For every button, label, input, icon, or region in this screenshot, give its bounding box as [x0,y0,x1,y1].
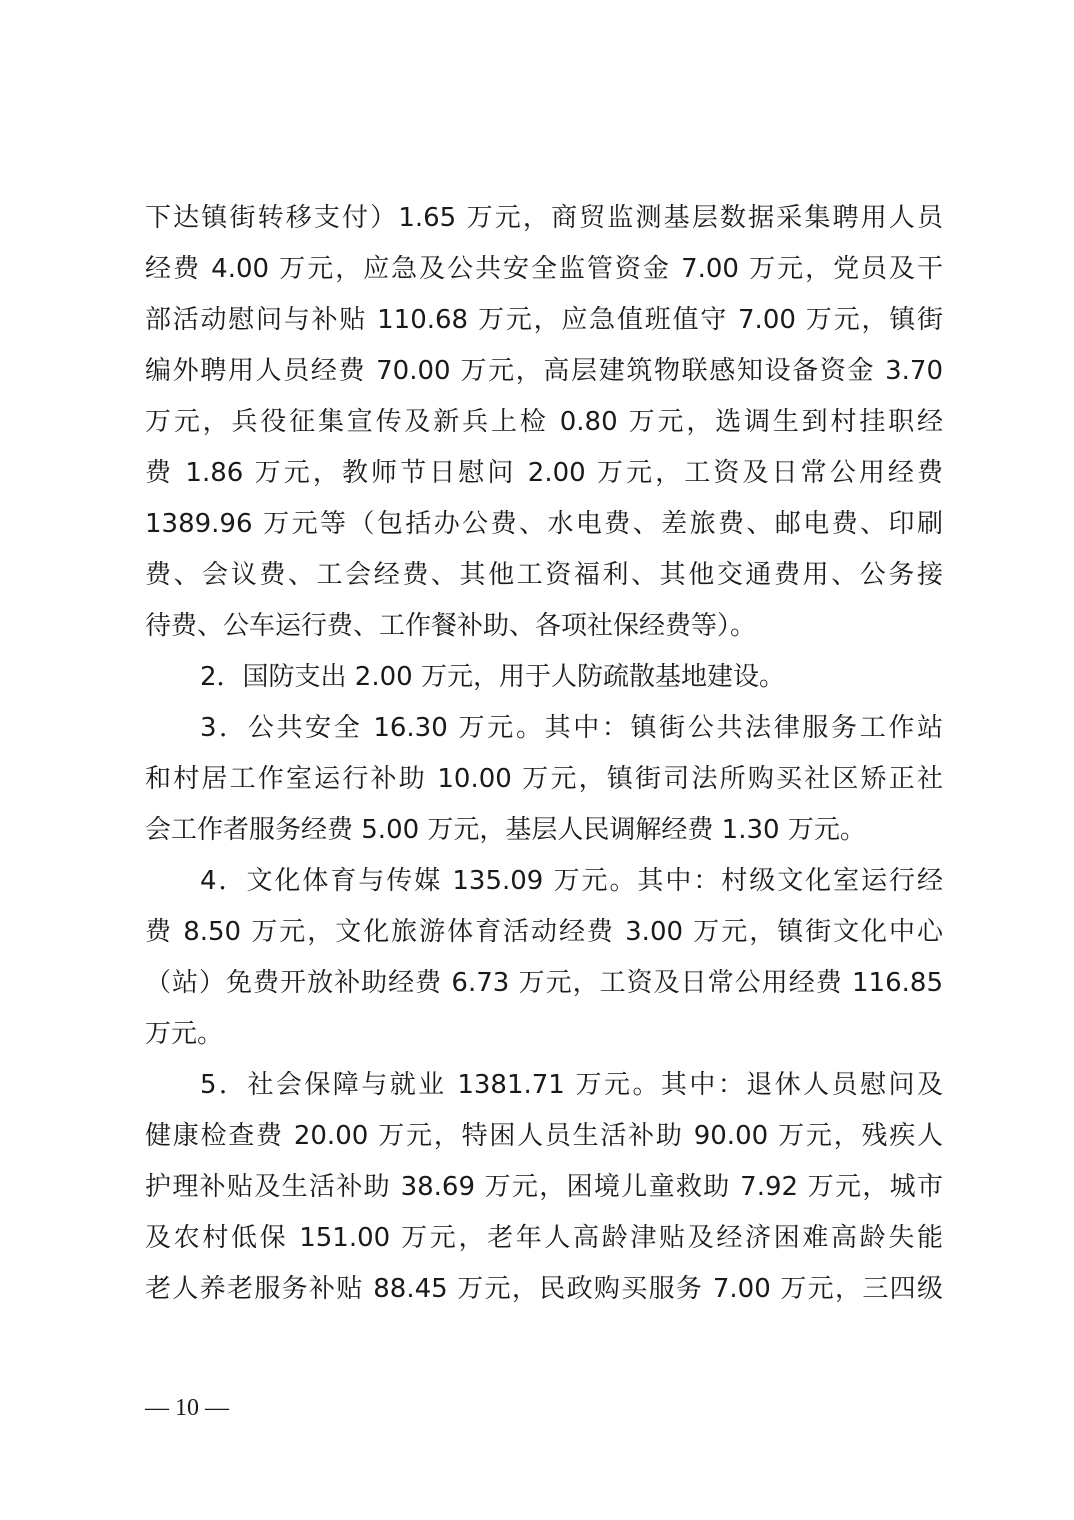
text-line: 部活动慰问与补贴 110.68 万元，应急值班值守 7.00 万元，镇街 [145,300,943,340]
document-page: 下达镇街转移支付）1.65 万元，商贸监测基层数据采集聘用人员 经费 4.00 … [0,0,1074,1520]
text-line: 费 8.50 万元，文化旅游体育活动经费 3.00 万元，镇街文化中心 [145,912,943,952]
text-line: 经费 4.00 万元，应急及公共安全监管资金 7.00 万元，党员及干 [145,249,943,289]
section-heading-public-security: 3．公共安全 16.30 万元。其中：镇街公共法律服务工作站 [200,708,943,748]
text-line: 老人养老服务补贴 88.45 万元，民政购买服务 7.00 万元，三四级 [145,1269,943,1309]
text-line: 及农村低保 151.00 万元，老年人高龄津贴及经济困难高龄失能 [145,1218,943,1258]
text-line: 1389.96 万元等（包括办公费、水电费、差旅费、邮电费、印刷 [145,504,943,544]
text-line: 会工作者服务经费 5.00 万元，基层人民调解经费 1.30 万元。 [145,810,943,850]
section-heading-national-defense: 2．国防支出 2.00 万元，用于人防疏散基地建设。 [200,657,943,697]
text-line: （站）免费开放补助经费 6.73 万元，工资及日常公用经费 116.85 [145,963,943,1003]
section-heading-social-security: 5．社会保障与就业 1381.71 万元。其中：退休人员慰问及 [200,1065,943,1105]
text-line: 万元。 [145,1014,943,1054]
text-line: 健康检查费 20.00 万元，特困人员生活补助 90.00 万元，残疾人 [145,1116,943,1156]
page-number: — 10 — [145,1388,229,1428]
text-line: 下达镇街转移支付）1.65 万元，商贸监测基层数据采集聘用人员 [145,198,943,238]
text-line: 待费、公车运行费、工作餐补助、各项社保经费等）。 [145,606,943,646]
text-line: 万元，兵役征集宣传及新兵上检 0.80 万元，选调生到村挂职经 [145,402,943,442]
text-line: 费、会议费、工会经费、其他工资福利、其他交通费用、公务接 [145,555,943,595]
section-heading-culture-sports-media: 4．文化体育与传媒 135.09 万元。其中：村级文化室运行经 [200,861,943,901]
text-line: 编外聘用人员经费 70.00 万元，高层建筑物联感知设备资金 3.70 [145,351,943,391]
text-line: 和村居工作室运行补助 10.00 万元，镇街司法所购买社区矫正社 [145,759,943,799]
text-line: 费 1.86 万元，教师节日慰问 2.00 万元，工资及日常公用经费 [145,453,943,493]
text-line: 护理补贴及生活补助 38.69 万元，困境儿童救助 7.92 万元，城市 [145,1167,943,1207]
